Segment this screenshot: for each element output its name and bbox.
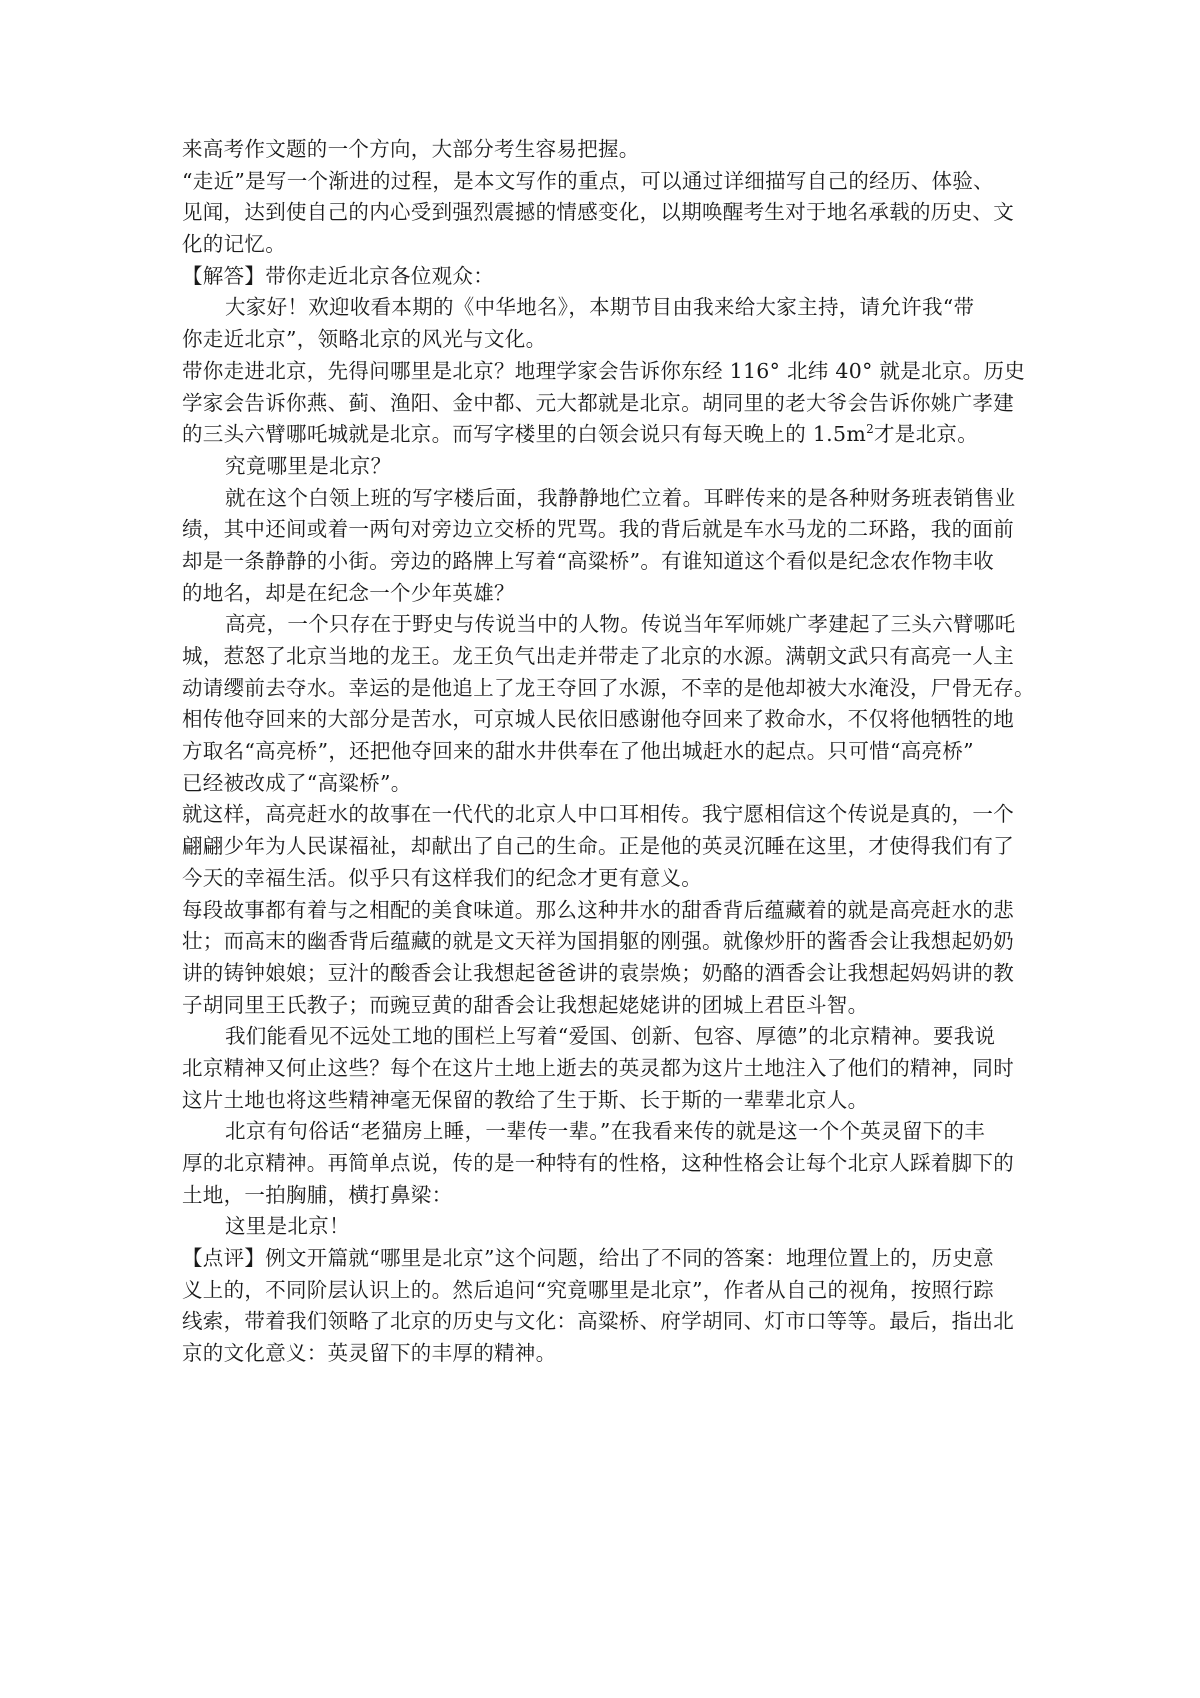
text-line: 见闻，达到使自己的内心受到强烈震撼的情感变化，以期唤醒考生对于地名承载的历史、文 <box>182 197 1024 229</box>
text-line: 义上的，不同阶层认识上的。然后追问“究竟哪里是北京”，作者从自己的视角，按照行踪 <box>182 1275 1024 1307</box>
text-line: 相传他夺回来的大部分是苦水，可京城人民依旧感谢他夺回来了救命水，不仅将他牺牲的地 <box>182 704 1024 736</box>
comment-heading: 【点评】例文开篇就“哪里是北京”这个问题，给出了不同的答案：地理位置上的，历史意 <box>182 1243 1024 1275</box>
text-line: 的地名，却是在纪念一个少年英雄？ <box>182 578 1024 610</box>
text-line: 线索，带着我们领略了北京的历史与文化：高粱桥、府学胡同、灯市口等等。最后，指出北 <box>182 1306 1024 1338</box>
text-line: 大家好！欢迎收看本期的《中华地名》，本期节目由我来给大家主持，请允许我“带 <box>182 292 1024 324</box>
text-span: 才是北京。 <box>874 422 978 446</box>
document-page: 来高考作文题的一个方向，大部分考生容易把握。 “走近”是写一个渐进的过程，是本文… <box>182 134 1024 1370</box>
text-line: “走近”是写一个渐进的过程，是本文写作的重点，可以通过详细描写自己的经历、体验、 <box>182 166 1024 198</box>
text-line: 土地，一拍胸脯，横打鼻梁： <box>182 1180 1024 1212</box>
text-line: 你走近北京”，领略北京的风光与文化。 <box>182 324 1024 356</box>
text-line: 动请缨前去夺水。幸运的是他追上了龙王夺回了水源，不幸的是他却被大水淹没，尸骨无存… <box>182 673 1024 705</box>
text-line: 来高考作文题的一个方向，大部分考生容易把握。 <box>182 134 1024 166</box>
text-line: 北京精神又何止这些？每个在这片土地上逝去的英灵都为这片土地注入了他们的精神，同时 <box>182 1053 1024 1085</box>
text-line: 京的文化意义：英灵留下的丰厚的精神。 <box>182 1338 1024 1370</box>
text-line: 今天的幸福生活。似乎只有这样我们的纪念才更有意义。 <box>182 863 1024 895</box>
text-line: 却是一条静静的小街。旁边的路牌上写着“高粱桥”。有谁知道这个看似是纪念农作物丰收 <box>182 546 1024 578</box>
text-line: 高亮，一个只存在于野史与传说当中的人物。传说当年军师姚广孝建起了三头六臂哪吒 <box>182 609 1024 641</box>
answer-heading: 【解答】带你走近北京各位观众： <box>182 261 1024 293</box>
text-line: 子胡同里王氏教子；而豌豆黄的甜香会让我想起姥姥讲的团城上君臣斗智。 <box>182 990 1024 1022</box>
text-line: 就这样，高亮赶水的故事在一代代的北京人中口耳相传。我宁愿相信这个传说是真的，一个 <box>182 799 1024 831</box>
text-line: 讲的铸钟娘娘；豆汁的酸香会让我想起爸爸讲的袁崇焕；奶酪的酒香会让我想起妈妈讲的教 <box>182 958 1024 990</box>
text-line: 方取名“高亮桥”，还把他夺回来的甜水井供奉在了他出城赶水的起点。只可惜“高亮桥” <box>182 736 1024 768</box>
text-line: 就在这个白领上班的写字楼后面，我静静地伫立着。耳畔传来的是各种财务班表销售业 <box>182 483 1024 515</box>
analysis-section: 来高考作文题的一个方向，大部分考生容易把握。 “走近”是写一个渐进的过程，是本文… <box>182 134 1024 261</box>
text-line: 学家会告诉你燕、蓟、渔阳、金中都、元大都就是北京。胡同里的老大爷会告诉你姚广孝建 <box>182 388 1024 420</box>
answer-section: 【解答】带你走近北京各位观众： 大家好！欢迎收看本期的《中华地名》，本期节目由我… <box>182 261 1024 1243</box>
text-line: 我们能看见不远处工地的围栏上写着“爱国、创新、包容、厚德”的北京精神。要我说 <box>182 1021 1024 1053</box>
text-line: 翩翩少年为人民谋福祉，却献出了自己的生命。正是他的英灵沉睡在这里，才使得我们有了 <box>182 831 1024 863</box>
answer-title: 带你走近北京各位观众： <box>265 264 494 288</box>
text-line: 究竟哪里是北京？ <box>182 451 1024 483</box>
comment-label: 【点评】 <box>182 1246 265 1270</box>
comment-first-line: 例文开篇就“哪里是北京”这个问题，给出了不同的答案：地理位置上的，历史意 <box>265 1246 994 1270</box>
text-line: 已经被改成了“高粱桥”。 <box>182 768 1024 800</box>
text-line: 绩，其中还间或着一两句对旁边立交桥的咒骂。我的背后就是车水马龙的二环路，我的面前 <box>182 514 1024 546</box>
text-line: 每段故事都有着与之相配的美食味道。那么这种井水的甜香背后蕴藏着的就是高亮赶水的悲 <box>182 895 1024 927</box>
text-line: 化的记忆。 <box>182 229 1024 261</box>
answer-label: 【解答】 <box>182 264 265 288</box>
text-line: 城，惹怒了北京当地的龙王。龙王负气出走并带走了北京的水源。满朝文武只有高亮一人主 <box>182 641 1024 673</box>
text-span: 的三头六臂哪吒城就是北京。而写字楼里的白领会说只有每天晚上的 1.5m <box>182 422 866 446</box>
text-line: 这里是北京！ <box>182 1211 1024 1243</box>
superscript: 2 <box>866 422 874 436</box>
comment-section: 【点评】例文开篇就“哪里是北京”这个问题，给出了不同的答案：地理位置上的，历史意… <box>182 1243 1024 1370</box>
text-line: 壮；而高末的幽香背后蕴藏的就是文天祥为国捐躯的刚强。就像炒肝的酱香会让我想起奶奶 <box>182 926 1024 958</box>
text-line: 的三头六臂哪吒城就是北京。而写字楼里的白领会说只有每天晚上的 1.5m2才是北京… <box>182 419 1024 451</box>
text-line: 厚的北京精神。再简单点说，传的是一种特有的性格，这种性格会让每个北京人踩着脚下的 <box>182 1148 1024 1180</box>
text-line: 带你走进北京，先得问哪里是北京？地理学家会告诉你东经 116° 北纬 40° 就… <box>182 356 1024 388</box>
text-line: 北京有句俗话“老猫房上睡，一辈传一辈。”在我看来传的就是这一个个英灵留下的丰 <box>182 1116 1024 1148</box>
text-line: 这片土地也将这些精神毫无保留的教给了生于斯、长于斯的一辈辈北京人。 <box>182 1085 1024 1117</box>
